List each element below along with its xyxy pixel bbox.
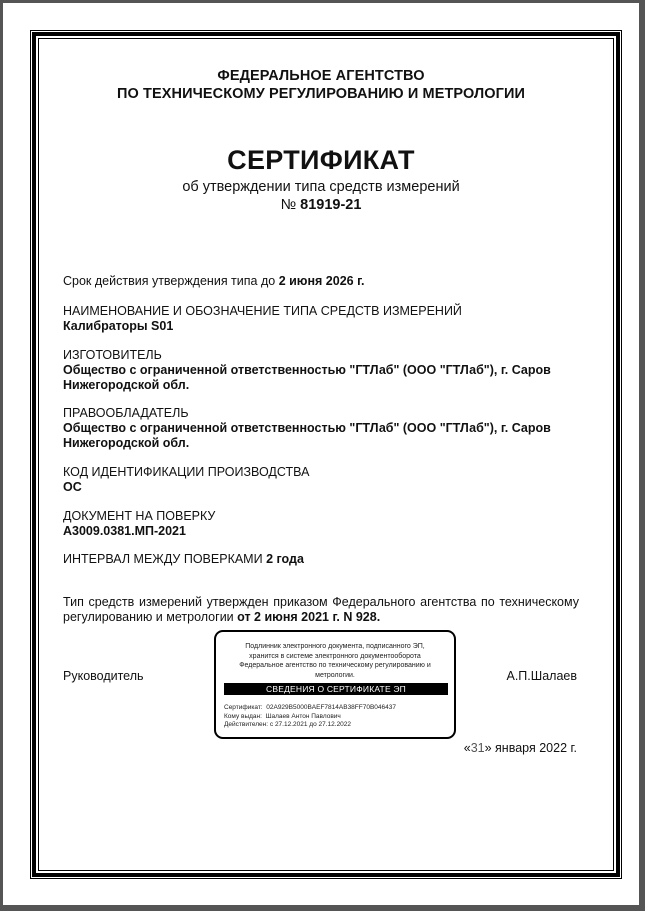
stamp-valid-label: Действителен: bbox=[224, 721, 268, 728]
field-label: ДОКУМЕНТ НА ПОВЕРКУ bbox=[63, 509, 583, 524]
agency-name: ФЕДЕРАЛЬНОЕ АГЕНТСТВО ПО ТЕХНИЧЕСКОМУ РЕ… bbox=[3, 67, 639, 103]
certificate-title: СЕРТИФИКАТ bbox=[3, 144, 639, 176]
number-value: 81919-21 bbox=[300, 197, 361, 213]
agency-line-2: ПО ТЕХНИЧЕСКОМУ РЕГУЛИРОВАНИЮ И МЕТРОЛОГ… bbox=[3, 85, 639, 103]
stamp-cert-label: Сертификат: bbox=[224, 704, 263, 711]
interval-value: 2 года bbox=[266, 552, 304, 566]
validity-field: Срок действия утверждения типа до 2 июня… bbox=[63, 274, 583, 289]
field-verification-document: ДОКУМЕНТ НА ПОВЕРКУ А3009.0381.МП-2021 bbox=[63, 509, 583, 539]
field-value: А3009.0381.МП-2021 bbox=[63, 524, 583, 539]
field-value: Общество с ограниченной ответственностью… bbox=[63, 363, 583, 378]
certificate-content: ФЕДЕРАЛЬНОЕ АГЕНТСТВО ПО ТЕХНИЧЕСКОМУ РЕ… bbox=[3, 3, 639, 905]
validity-label: Срок действия утверждения типа до bbox=[63, 274, 275, 288]
stamp-notice-line: хранится в системе электронного документ… bbox=[224, 652, 446, 662]
stamp-notice-line: Федеральное агентство по техническому ре… bbox=[224, 661, 446, 671]
approval-order-text: Тип средств измерений утвержден приказом… bbox=[63, 595, 579, 625]
field-value-cont: Нижегородской обл. bbox=[63, 378, 583, 393]
validity-value: 2 июня 2026 г. bbox=[279, 274, 365, 288]
stamp-notice-line: метрологии. bbox=[224, 671, 446, 681]
field-label: ИЗГОТОВИТЕЛЬ bbox=[63, 348, 583, 363]
stamp-issued-value: Шалаев Антон Павлович bbox=[266, 713, 341, 720]
stamp-valid-value: с 27.12.2021 до 27.12.2022 bbox=[270, 721, 351, 728]
electronic-signature-stamp: Подлинник электронного документа, подпис… bbox=[214, 630, 456, 739]
field-production-code: КОД ИДЕНТИФИКАЦИИ ПРОИЗВОДСТВА ОС bbox=[63, 465, 583, 495]
stamp-details: Сертификат: 02A929B5000BAEF7814AB38FF70B… bbox=[224, 704, 450, 730]
stamp-certificate-header: СВЕДЕНИЯ О СЕРТИФИКАТЕ ЭП bbox=[224, 683, 448, 695]
date-quote-close: » bbox=[485, 741, 492, 755]
order-line-1: Тип средств измерений утвержден приказом… bbox=[63, 595, 579, 610]
stamp-notice-line: Подлинник электронного документа, подпис… bbox=[224, 642, 446, 652]
field-value: ОС bbox=[63, 480, 583, 495]
order-reference: от 2 июня 2021 г. N 928. bbox=[237, 610, 380, 624]
signatory-role: Руководитель bbox=[63, 669, 144, 684]
stamp-valid-row: Действителен: с 27.12.2021 до 27.12.2022 bbox=[224, 721, 450, 730]
order-line-2: регулированию и метрологии bbox=[63, 610, 234, 624]
stamp-notice: Подлинник электронного документа, подпис… bbox=[224, 642, 446, 680]
certificate-number: № 81919-21 bbox=[3, 196, 639, 214]
field-rights-holder: ПРАВООБЛАДАТЕЛЬ Общество с ограниченной … bbox=[63, 406, 583, 451]
field-type-name: НАИМЕНОВАНИЕ И ОБОЗНАЧЕНИЕ ТИПА СРЕДСТВ … bbox=[63, 304, 583, 334]
stamp-issued-row: Кому выдан: Шалаев Антон Павлович bbox=[224, 713, 450, 722]
field-manufacturer: ИЗГОТОВИТЕЛЬ Общество с ограниченной отв… bbox=[63, 348, 583, 393]
interval-label: ИНТЕРВАЛ МЕЖДУ ПОВЕРКАМИ bbox=[63, 552, 263, 566]
field-label: НАИМЕНОВАНИЕ И ОБОЗНАЧЕНИЕ ТИПА СРЕДСТВ … bbox=[63, 304, 583, 319]
field-value-cont: Нижегородской обл. bbox=[63, 436, 583, 451]
field-label: КОД ИДЕНТИФИКАЦИИ ПРОИЗВОДСТВА bbox=[63, 465, 583, 480]
field-value: Общество с ограниченной ответственностью… bbox=[63, 421, 583, 436]
date-day: 31 bbox=[471, 741, 485, 755]
date-quote-open: « bbox=[464, 741, 471, 755]
issue-date: «31» января 2022 г. bbox=[464, 741, 577, 756]
date-month-year: января 2022 г. bbox=[495, 741, 577, 755]
certificate-page: ФЕДЕРАЛЬНОЕ АГЕНТСТВО ПО ТЕХНИЧЕСКОМУ РЕ… bbox=[3, 3, 639, 905]
stamp-cert-value: 02A929B5000BAEF7814AB38FF70B046437 bbox=[266, 704, 396, 711]
agency-line-1: ФЕДЕРАЛЬНОЕ АГЕНТСТВО bbox=[3, 67, 639, 85]
field-value: Калибраторы S01 bbox=[63, 319, 583, 334]
stamp-cert-row: Сертификат: 02A929B5000BAEF7814AB38FF70B… bbox=[224, 704, 450, 713]
stamp-issued-label: Кому выдан: bbox=[224, 713, 262, 720]
certificate-subtitle: об утверждении типа средств измерений bbox=[3, 178, 639, 196]
signatory-name: А.П.Шалаев bbox=[506, 669, 577, 684]
number-prefix: № bbox=[281, 197, 297, 213]
field-verification-interval: ИНТЕРВАЛ МЕЖДУ ПОВЕРКАМИ 2 года bbox=[63, 552, 583, 567]
field-label: ПРАВООБЛАДАТЕЛЬ bbox=[63, 406, 583, 421]
